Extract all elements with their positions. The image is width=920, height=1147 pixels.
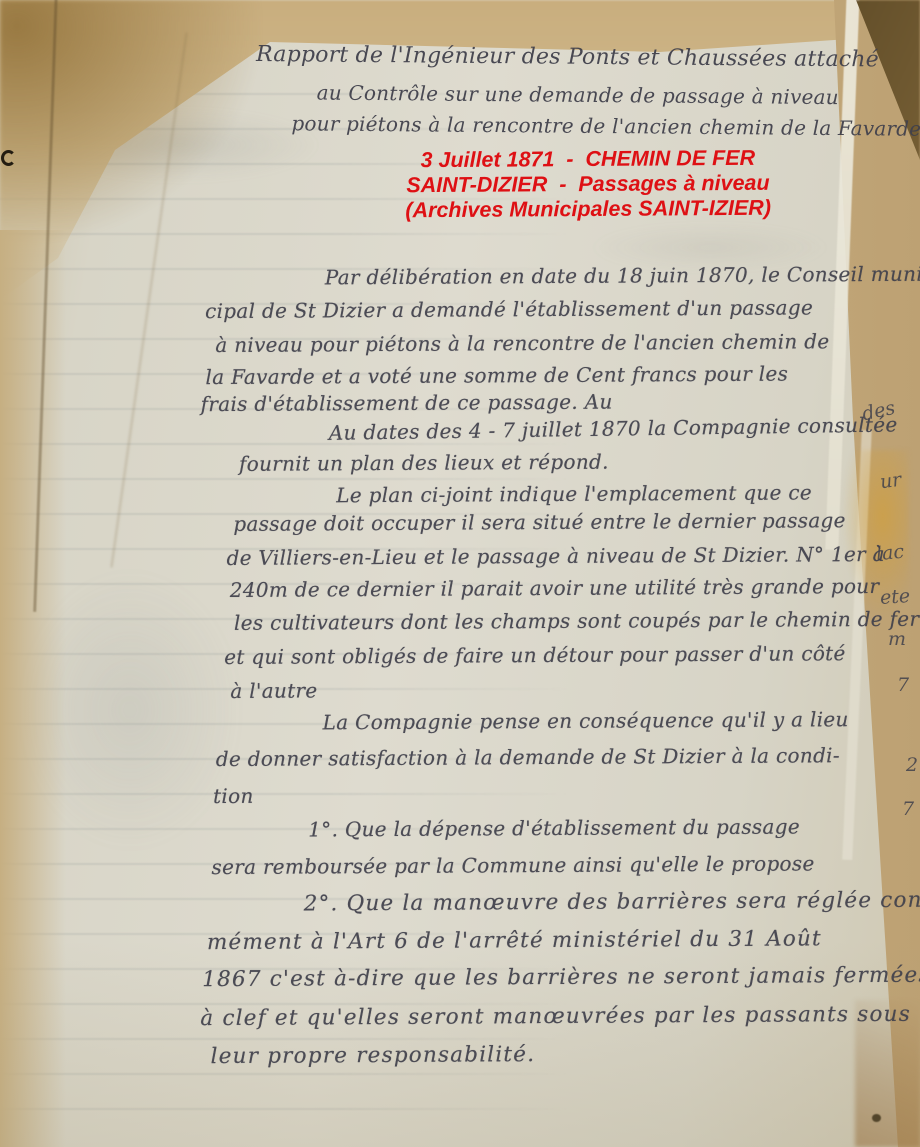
- manuscript-body: Par délibération en date du 18 juin 1870…: [0, 0, 920, 1147]
- manuscript-line: Le plan ci-joint indique l'emplacement q…: [336, 480, 812, 507]
- margin-fragment: 7: [902, 798, 914, 820]
- manuscript-line: 1867 c'est à-dire que les barrières ne s…: [202, 963, 920, 992]
- manuscript-line: Par délibération en date du 18 juin 1870…: [325, 262, 920, 290]
- margin-fragment: lac: [875, 541, 905, 566]
- manuscript-line: 2°. Que la manœuvre des barrières sera r…: [304, 887, 920, 916]
- manuscript-line: 1°. Que la dépense d'établissement du pa…: [308, 814, 800, 841]
- archival-photo: Rapport de l'Ingénieur des Ponts et Chau…: [0, 0, 920, 1147]
- manuscript-line: à clef et qu'elles seront manœuvrées par…: [200, 1002, 911, 1031]
- manuscript-line: la Favarde et a voté une somme de Cent f…: [205, 362, 788, 390]
- margin-fragment: ur: [879, 469, 903, 494]
- manuscript-line: de Villiers-en-Lieu et le passage à nive…: [227, 542, 885, 570]
- manuscript-line: frais d'établissement de ce passage. Au: [201, 390, 613, 417]
- manuscript-line: La Compagnie pense en conséquence qu'il …: [323, 707, 849, 734]
- margin-fragment: m: [888, 628, 906, 650]
- manuscript-line: les cultivateurs dont les champs sont co…: [234, 607, 919, 635]
- manuscript-line: sera remboursée par la Commune ainsi qu'…: [211, 851, 814, 879]
- manuscript-line: fournit un plan des lieux et répond.: [239, 450, 609, 476]
- manuscript-line: de donner satisfaction à la demande de S…: [216, 743, 840, 771]
- margin-fragment: ete: [879, 585, 911, 609]
- manuscript-line: leur propre responsabilité.: [211, 1042, 536, 1069]
- margin-fragment: 7: [897, 674, 909, 696]
- manuscript-line: cipal de St Dizier a demandé l'établisse…: [205, 295, 813, 323]
- margin-fragment: 2: [906, 754, 918, 776]
- manuscript-line: tion: [213, 784, 254, 808]
- manuscript-line: à niveau pour piétons à la rencontre de …: [215, 329, 829, 357]
- manuscript-line: passage doit occuper il sera situé entre…: [233, 508, 846, 536]
- manuscript-line: et qui sont obligés de faire un détour p…: [224, 641, 846, 669]
- manuscript-line: Au dates des 4 - 7 juillet 1870 la Compa…: [329, 412, 898, 444]
- manuscript-line: mément à l'Art 6 de l'arrêté ministériel…: [207, 926, 822, 955]
- manuscript-line: à l'autre: [230, 678, 317, 703]
- manuscript-line: 240m de ce dernier il parait avoir une u…: [230, 574, 880, 602]
